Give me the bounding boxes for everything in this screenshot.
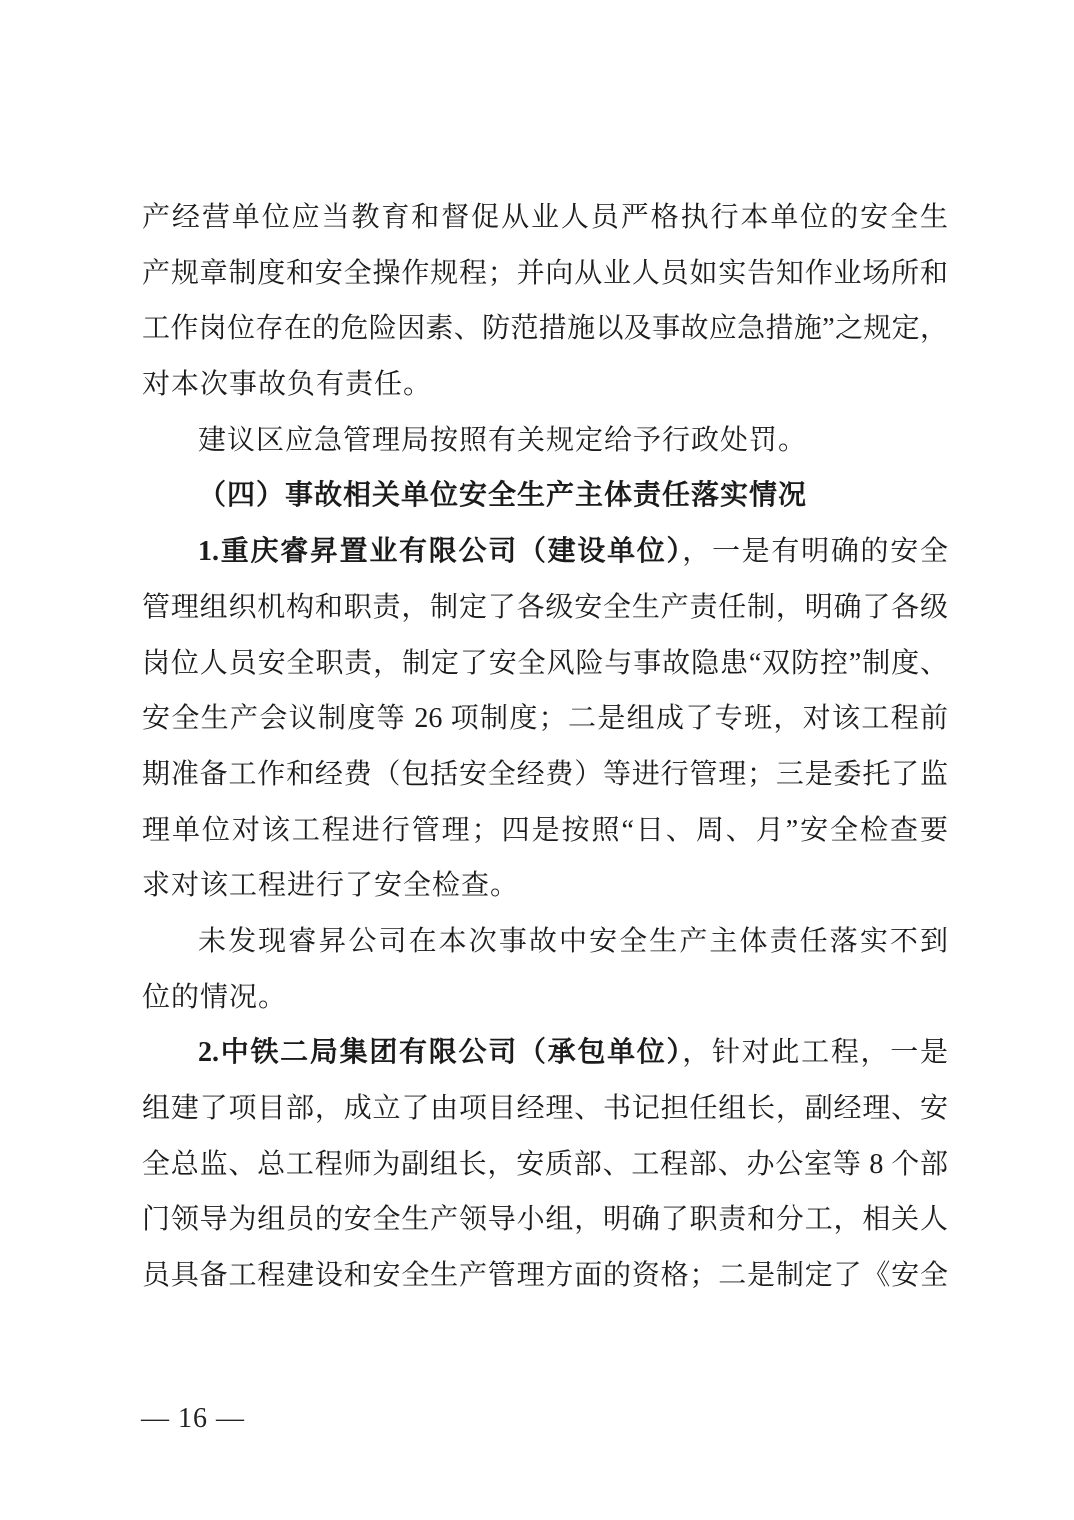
text-line: 产规章制度和安全操作规程；并向从业人员如实告知作业场所和 xyxy=(142,246,948,302)
text-run: 期准备工作和经费（包括安全经费）等进行管理；三是委托了监 xyxy=(142,759,948,790)
text-run: 位的情况。 xyxy=(142,982,287,1013)
text-run: 工作岗位存在的危险因素、防范措施以及事故应急措施”之规定， xyxy=(142,313,948,344)
text-run: ，一是有明确的安全 xyxy=(682,536,948,567)
text-line: 安全生产会议制度等 26 项制度；二是组成了专班，对该工程前 xyxy=(142,691,948,747)
text-line: 门领导为组员的安全生产领导小组，明确了职责和分工，相关人 xyxy=(142,1192,948,1248)
text-line: 位的情况。 xyxy=(142,970,948,1026)
run-in-heading: 1.重庆睿昇置业有限公司（建设单位） xyxy=(198,536,682,567)
text-run: 理单位对该工程进行管理；四是按照“日、周、月”安全检查要 xyxy=(142,815,948,846)
text-run: 岗位人员安全职责，制定了安全风险与事故隐患“双防控”制度、 xyxy=(142,648,948,679)
text-run: ，针对此工程，一是 xyxy=(682,1037,948,1068)
text-run: 门领导为组员的安全生产领导小组，明确了职责和分工，相关人 xyxy=(142,1204,948,1235)
run-in-heading: 2.中铁二局集团有限公司（承包单位） xyxy=(198,1037,682,1068)
document-page: 产经营单位应当教育和督促从业人员严格执行本单位的安全生产规章制度和安全操作规程；… xyxy=(0,0,1074,1520)
text-line: 岗位人员安全职责，制定了安全风险与事故隐患“双防控”制度、 xyxy=(142,636,948,692)
text-line: 管理组织机构和职责，制定了各级安全生产责任制，明确了各级 xyxy=(142,580,948,636)
text-line: 建议区应急管理局按照有关规定给予行政处罚。 xyxy=(142,413,948,469)
text-run: 组建了项目部，成立了由项目经理、书记担任组长，副经理、安 xyxy=(142,1093,948,1124)
document-lines: 产经营单位应当教育和督促从业人员严格执行本单位的安全生产规章制度和安全操作规程；… xyxy=(142,190,948,1304)
text-line: 1.重庆睿昇置业有限公司（建设单位），一是有明确的安全 xyxy=(142,524,948,580)
text-line: 期准备工作和经费（包括安全经费）等进行管理；三是委托了监 xyxy=(142,747,948,803)
text-run: 产规章制度和安全操作规程；并向从业人员如实告知作业场所和 xyxy=(142,258,948,289)
text-line: 产经营单位应当教育和督促从业人员严格执行本单位的安全生 xyxy=(142,190,948,246)
page-number: — 16 — xyxy=(141,1399,245,1439)
text-run: 产经营单位应当教育和督促从业人员严格执行本单位的安全生 xyxy=(142,202,948,233)
text-run: 员具备工程建设和安全生产管理方面的资格；二是制定了《安全 xyxy=(142,1260,948,1291)
text-line: 2.中铁二局集团有限公司（承包单位），针对此工程，一是 xyxy=(142,1025,948,1081)
text-line: 工作岗位存在的危险因素、防范措施以及事故应急措施”之规定， xyxy=(142,301,948,357)
text-run: 管理组织机构和职责，制定了各级安全生产责任制，明确了各级 xyxy=(142,592,948,623)
section-heading: （四）事故相关单位安全生产主体责任落实情况 xyxy=(142,468,948,524)
text-line: 全总监、总工程师为副组长，安质部、工程部、办公室等 8 个部 xyxy=(142,1137,948,1193)
text-run: 全总监、总工程师为副组长，安质部、工程部、办公室等 8 个部 xyxy=(142,1149,948,1180)
text-line: 求对该工程进行了安全检查。 xyxy=(142,858,948,914)
text-run: 对本次事故负有责任。 xyxy=(142,369,432,400)
text-line: 未发现睿昇公司在本次事故中安全生产主体责任落实不到 xyxy=(142,914,948,970)
text-line: 组建了项目部，成立了由项目经理、书记担任组长，副经理、安 xyxy=(142,1081,948,1137)
run-in-heading: （四）事故相关单位安全生产主体责任落实情况 xyxy=(198,480,807,511)
text-run: 安全生产会议制度等 26 项制度；二是组成了专班，对该工程前 xyxy=(142,703,948,734)
text-run: 未发现睿昇公司在本次事故中安全生产主体责任落实不到 xyxy=(198,926,948,957)
text-line: 对本次事故负有责任。 xyxy=(142,357,948,413)
text-line: 理单位对该工程进行管理；四是按照“日、周、月”安全检查要 xyxy=(142,803,948,859)
text-line: 员具备工程建设和安全生产管理方面的资格；二是制定了《安全 xyxy=(142,1248,948,1304)
text-run: 求对该工程进行了安全检查。 xyxy=(142,870,519,901)
text-run: 建议区应急管理局按照有关规定给予行政处罚。 xyxy=(198,425,807,456)
